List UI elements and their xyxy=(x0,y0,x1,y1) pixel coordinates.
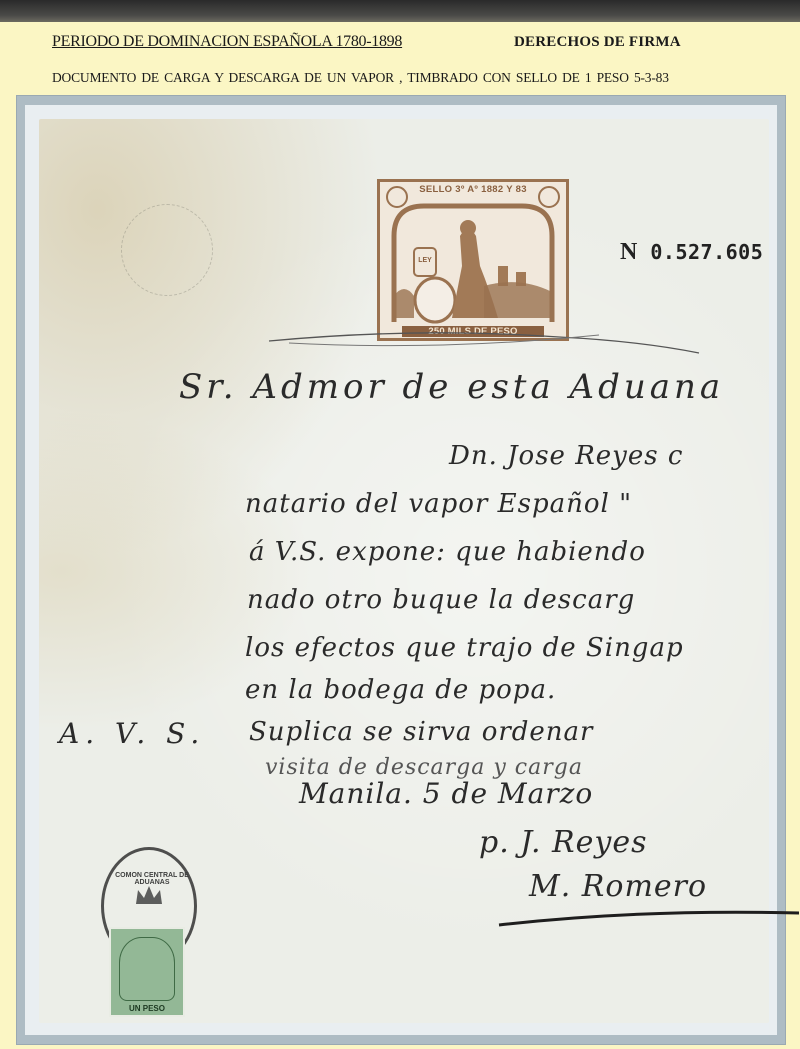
body-line: en la bodega de popa. xyxy=(245,675,556,705)
scan-top-edge xyxy=(0,0,800,22)
crown-icon xyxy=(134,884,164,906)
margin-note: A. V. S. xyxy=(59,717,205,750)
salutation-line: Sr. Admor de esta Aduana xyxy=(179,367,724,407)
album-page: PERIODO DE DOMINACION ESPAÑOLA 1780-1898… xyxy=(0,22,800,1049)
mount-inner-border: SELLO 3º Aº 1882 Y 83 LEY 250 MILS DE P xyxy=(25,105,777,1035)
document-paper: SELLO 3º Aº 1882 Y 83 LEY 250 MILS DE P xyxy=(39,119,769,1023)
page-title: PERIODO DE DOMINACION ESPAÑOLA 1780-1898 xyxy=(52,33,402,51)
section-title: DERECHOS DE FIRMA xyxy=(514,34,681,51)
body-line: natario del vapor Español " xyxy=(245,489,632,519)
body-line: Dn. Jose Reyes c xyxy=(449,441,683,471)
place-date-line: Manila. 5 de Marzo xyxy=(299,777,593,810)
document-mount: SELLO 3º Aº 1882 Y 83 LEY 250 MILS DE P xyxy=(16,95,786,1045)
revenue-stamp-shield-icon xyxy=(119,937,175,1001)
body-line: los efectos que trajo de Singap xyxy=(245,633,684,663)
revenue-stamp-value: UN PESO xyxy=(111,1004,183,1013)
body-line: Suplica se sirva ordenar xyxy=(249,717,593,747)
revenue-stamp-un-peso: UN PESO xyxy=(109,927,185,1017)
page-description: DOCUMENTO DE CARGA Y DESCARGA DE UN VAPO… xyxy=(52,70,669,86)
body-line: á V.S. expone: que habiendo xyxy=(249,537,646,567)
body-line: nado otro buque la descarg xyxy=(247,585,635,615)
signature-reyes: p. J. Reyes xyxy=(479,825,648,860)
